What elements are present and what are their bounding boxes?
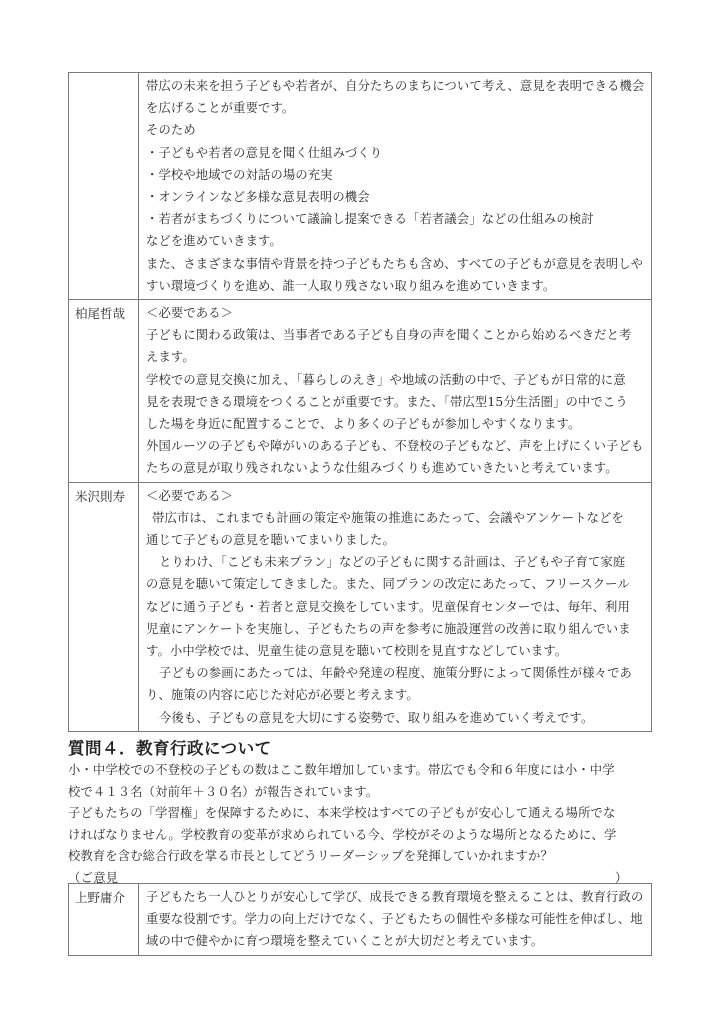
answer-line: 重要な役割です。学力の向上だけでなく、子どもたちの個性や多様な可能性を伸ばし、地 — [146, 908, 645, 930]
answer-line: す。小中学校では、児童生徒の意見を聴いて校則を見直すなどしています。 — [146, 640, 645, 662]
candidate-answers-table-q4: 上野庸介 子どもたち一人ひとりが安心して学び、成長できる教育環境を整えることは、… — [68, 883, 652, 956]
answer-line: などに通う子ども・若者と意見交換をしています。児童保育センターでは、毎年、利用 — [146, 596, 645, 618]
candidate-name: 上野庸介 — [69, 884, 139, 956]
answer-line: 域の中で健やかに育つ環境を整えていくことが大切だと考えています。 — [146, 930, 645, 952]
answer-text: ＜必要である＞ 帯広市は、これまでも計画の策定や施策の推進にあたって、会議やアン… — [139, 482, 652, 731]
question-heading: 質問４．教育行政について — [68, 735, 668, 759]
answer-line: 子どもの参画にあたっては、年齢や発達の程度、施策分野によって関係性が様々であ — [146, 662, 645, 684]
answer-stance: ＜必要である＞ — [146, 302, 645, 324]
question-line: 校で４１３名（対前年＋３０名）が報告されています。 — [68, 782, 668, 804]
answer-line: 帯広市は、これまでも計画の策定や施策の推進にあたって、会議やアンケートなどを — [146, 507, 645, 529]
answer-bullet: ・オンラインなど多様な意見表明の機会 — [146, 186, 645, 208]
answer-line: を広げることが重要です。 — [146, 97, 645, 119]
answer-bullet: ・学校や地域での対話の場の充実 — [146, 164, 645, 186]
candidate-name — [69, 73, 139, 300]
answer-text: ＜必要である＞ 子どもに関わる政策は、当事者である子ども自身の声を聞くことから始… — [139, 300, 652, 483]
answer-line: たちの意見が取り残されないような仕組みづくりも進めていきたいと考えています。 — [146, 457, 645, 479]
question-line: 校教育を含む総合行政を掌る市長としてどうリーダーシップを発揮していかれますか？ — [68, 846, 668, 868]
answer-line: 帯広の未来を担う子どもや若者が、自分たちのまちについて考え、意見を表明できる機会 — [146, 75, 645, 97]
answer-stance: ＜必要である＞ — [146, 485, 645, 507]
answer-row: 帯広の未来を担う子どもや若者が、自分たちのまちについて考え、意見を表明できる機会… — [69, 73, 652, 300]
question-line: ければなりません。学校教育の変革が求められている今、学校がそのような場所となるた… — [68, 825, 668, 847]
answer-text: 子どもたち一人ひとりが安心して学び、成長できる教育環境を整えることは、教育行政の… — [139, 884, 652, 956]
answer-row: 上野庸介 子どもたち一人ひとりが安心して学び、成長できる教育環境を整えることは、… — [69, 884, 652, 956]
answer-line: 今後も、子どもの意見を大切にする姿勢で、取り組みを進めていく考えです。 — [146, 707, 645, 729]
answer-line: そのため — [146, 119, 645, 141]
answer-line: とりわけ、「こども未来プラン」などの子どもに関する計画は、子どもや子育て家庭 — [146, 551, 645, 573]
answer-line: すい環境づくりを進め、誰一人取り残さない取り組みを進めていきます。 — [146, 275, 645, 297]
answer-line: 通じて子どもの意見を聴いてまいりました。 — [146, 529, 645, 551]
answer-line: した場を身近に配置することで、より多くの子どもが参加しやすくなります。 — [146, 413, 645, 435]
answer-row: 米沢則寿 ＜必要である＞ 帯広市は、これまでも計画の策定や施策の推進にあたって、… — [69, 482, 652, 731]
answer-bullet: ・若者がまちづくりについて議論し提案できる「若者議会」などの仕組みの検討 — [146, 208, 645, 230]
question-line: 子どもたちの「学習権」を保障するために、本来学校はすべての子どもが安心して通える… — [68, 803, 668, 825]
answer-text: 帯広の未来を担う子どもや若者が、自分たちのまちについて考え、意見を表明できる機会… — [139, 73, 652, 300]
answer-line: えます。 — [146, 346, 645, 368]
candidate-name: 米沢則寿 — [69, 482, 139, 731]
answer-line: 児童にアンケートを実施し、子どもたちの声を参考に施設運営の改善に取り組んでいま — [146, 618, 645, 640]
answer-line: 子どもたち一人ひとりが安心して学び、成長できる教育環境を整えることは、教育行政の — [146, 886, 645, 908]
answer-line: り、施策の内容に応じた対応が必要と考えます。 — [146, 684, 645, 706]
question-text: 小・中学校での不登校の子どもの数はここ数年増加しています。帯広でも令和６年度には… — [68, 760, 668, 889]
answer-line: 見を表現できる環境をつくることが重要です。また、「帯広型15分生活圏」の中でこう — [146, 391, 645, 413]
candidate-name: 柏尾哲哉 — [69, 300, 139, 483]
candidate-answers-table: 帯広の未来を担う子どもや若者が、自分たちのまちについて考え、意見を表明できる機会… — [68, 72, 652, 732]
answer-line: また、さまざまな事情や背景を持つ子どもたちも含め、すべての子どもが意見を表明しや — [146, 253, 645, 275]
answer-line: 子どもに関わる政策は、当事者である子ども自身の声を聞くことから始めるべきだと考 — [146, 324, 645, 346]
answer-bullet: ・子どもや若者の意見を聞く仕組みづくり — [146, 142, 645, 164]
answer-line: などを進めていきます。 — [146, 230, 645, 252]
question-line: 小・中学校での不登校の子どもの数はここ数年増加しています。帯広でも令和６年度には… — [68, 760, 668, 782]
answer-line: の意見を聴いて策定してきました。また、同プランの改定にあたって、フリースクール — [146, 573, 645, 595]
answer-line: 外国ルーツの子どもや障がいのある子ども、不登校の子どもなど、声を上げにくい子ども — [146, 435, 645, 457]
answer-row: 柏尾哲哉 ＜必要である＞ 子どもに関わる政策は、当事者である子ども自身の声を聞く… — [69, 300, 652, 483]
answer-line: 学校での意見交換に加え、「暮らしのえき」や地域の活動の中で、子どもが日常的に意 — [146, 369, 645, 391]
